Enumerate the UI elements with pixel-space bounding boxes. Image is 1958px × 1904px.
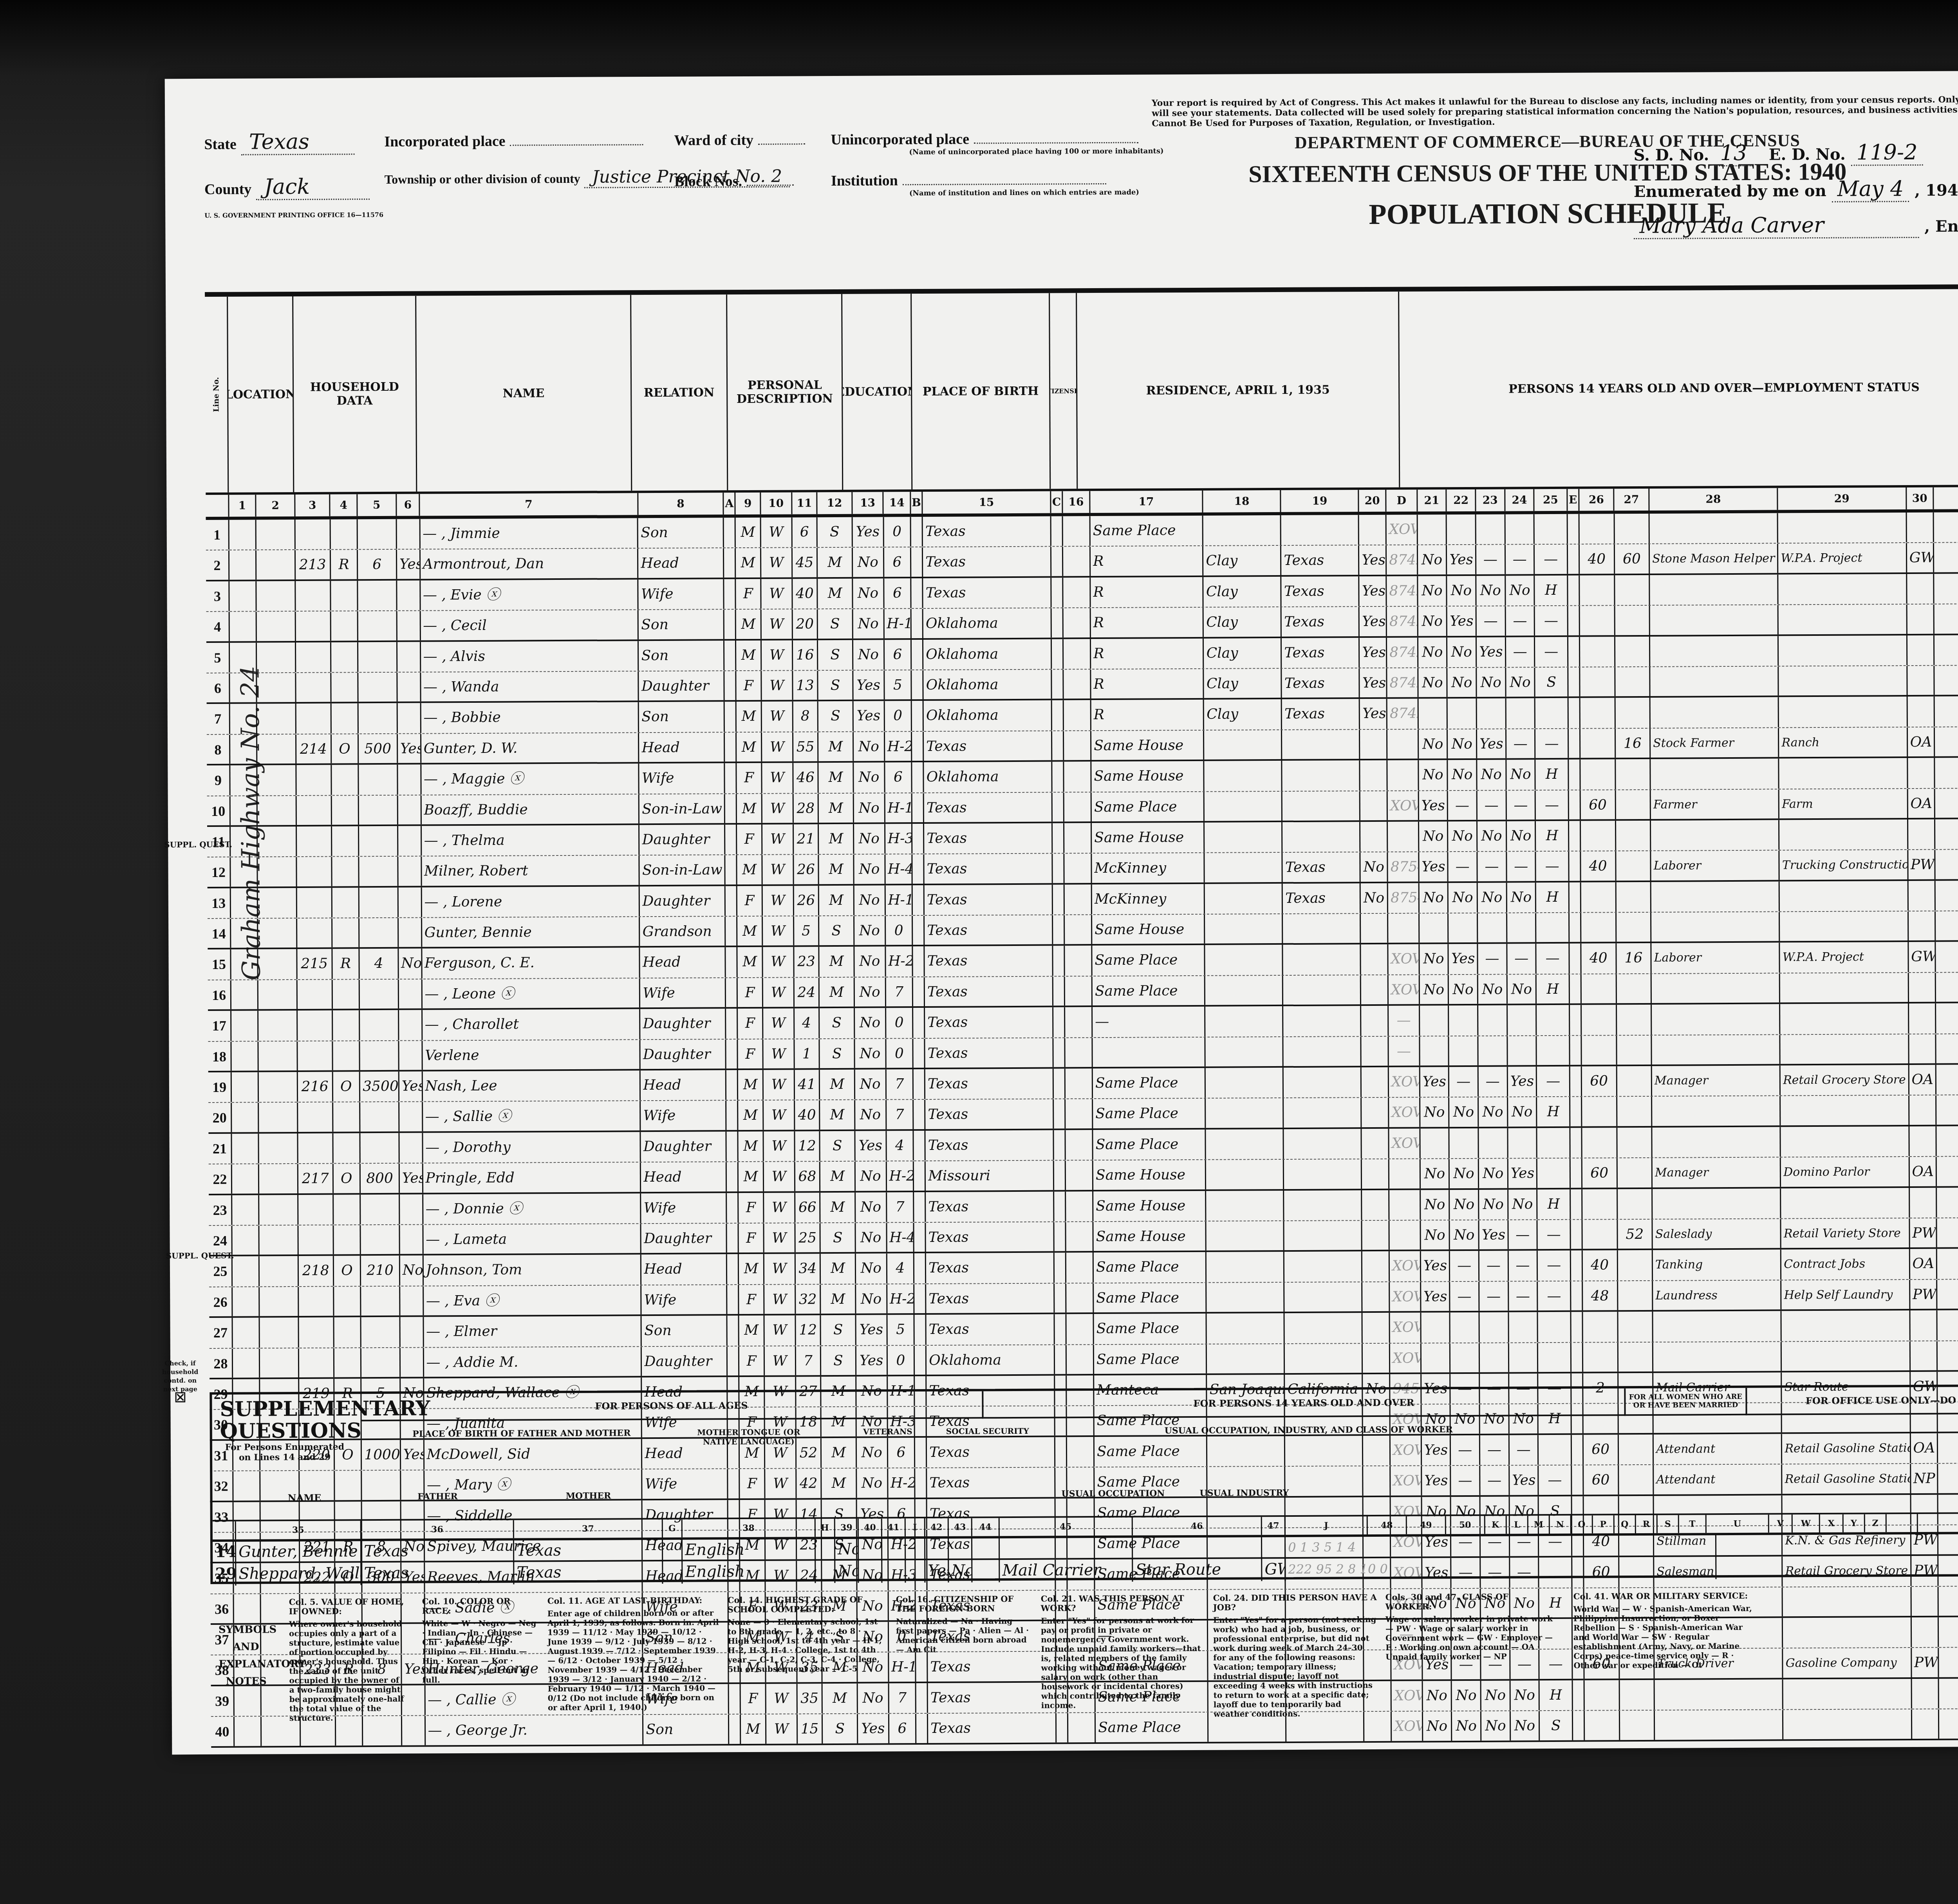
supp-column-number: 35 [236, 1521, 361, 1539]
cell-house [257, 642, 296, 673]
cell-res-state: Texas [1281, 546, 1359, 575]
cell-res-farm [1362, 1067, 1389, 1097]
cell-c22: — [1450, 1251, 1479, 1281]
cell-ind: W.P.A. Project [1780, 942, 1909, 973]
cell-res-city: Same Place [1091, 516, 1204, 546]
cell-c26 [1580, 729, 1616, 758]
cell-sex: F [737, 671, 762, 700]
cell-cit [1064, 792, 1092, 822]
cell-street [233, 1256, 260, 1287]
cell-res-city: McKinney [1092, 884, 1205, 915]
supp-column-number [1887, 1514, 1918, 1532]
cell-c24: No [1506, 576, 1535, 606]
cell-code-d: 8742 [1387, 637, 1418, 668]
cell-rel: Head [639, 733, 725, 762]
cell-sex: F [738, 1009, 763, 1039]
cell-tenure [331, 704, 359, 734]
cell-c21: No [1418, 545, 1447, 575]
cell-c21 [1420, 1036, 1449, 1066]
cell-sex: M [739, 1132, 764, 1162]
cell-farm [401, 1348, 424, 1377]
supp-column-number: V [1769, 1514, 1793, 1532]
cell-codeE [1573, 1711, 1585, 1740]
cell-codeB [914, 1039, 925, 1068]
cell-c25 [1538, 1343, 1571, 1372]
cell-ind [1782, 1341, 1911, 1371]
cell-codeB [913, 916, 925, 945]
cell-grade: 0 [886, 1008, 914, 1038]
cell-c25: H [1536, 821, 1569, 851]
cell-tenure [334, 1195, 361, 1225]
supp-cell-blank [972, 1537, 1000, 1560]
cell-c25 [1536, 913, 1570, 942]
cell-ln: 1 [206, 520, 229, 550]
cell-c26 [1582, 1220, 1618, 1249]
column-number: 25 [1535, 489, 1568, 511]
cell-res-city: — [1093, 1007, 1206, 1037]
supp-column-number: 45 [1000, 1518, 1133, 1536]
cell-street [232, 1103, 259, 1132]
cell-ind: Trucking Construction Co. [1780, 850, 1909, 880]
cell-c21 [1420, 1128, 1450, 1159]
cell-c24: — [1506, 637, 1535, 667]
cell-sex: F [736, 579, 762, 609]
cell-c27 [1618, 1312, 1653, 1342]
cell-ind [1780, 881, 1909, 911]
cell-codeA [726, 978, 738, 1007]
cell-codeC [1054, 1191, 1066, 1222]
cell-code-d: XOV3 [1390, 1282, 1421, 1311]
cell-street [232, 1225, 260, 1255]
supp-column-number: 47 [1262, 1517, 1286, 1535]
cell-value [358, 611, 397, 641]
cell-hh: 213 [296, 550, 331, 579]
cell-hh: 215 [297, 949, 332, 979]
cell-codeA [728, 1346, 739, 1376]
cell-tenure [333, 1011, 360, 1041]
cell-cit [1064, 823, 1092, 853]
cell-rel: Son [643, 1715, 729, 1744]
cell-tenure [332, 888, 359, 918]
cell-cit [1064, 762, 1092, 792]
cell-c22 [1449, 1005, 1478, 1036]
cell-grade: H-1 [885, 793, 912, 823]
cell-ln: 22 [209, 1164, 232, 1194]
cell-code-d: — [1389, 1006, 1420, 1036]
cell-res-state [1282, 822, 1360, 852]
cell-tenure [332, 826, 359, 856]
cell-res-city: R [1091, 546, 1204, 576]
cell-codeF [1937, 1157, 1958, 1186]
cell-c22: No [1449, 1097, 1479, 1127]
cell-occ [1651, 912, 1780, 942]
note-body: Where owner's household occupies only a … [289, 1619, 407, 1723]
cell-c22: No [1448, 729, 1477, 759]
cell-ms: S [821, 1223, 856, 1252]
cell-c27: 16 [1615, 729, 1651, 758]
cell-c25: H [1538, 1189, 1571, 1219]
cell-age: 26 [794, 886, 819, 916]
cell-value [359, 888, 399, 918]
cell-hh [298, 1195, 334, 1225]
cell-cit [1064, 578, 1091, 608]
cell-c26: 60 [1582, 1158, 1618, 1188]
cell-race: W [763, 1039, 795, 1068]
cell-race: W [762, 671, 793, 700]
cell-c23: No [1478, 975, 1508, 1004]
cell-cow [1909, 1126, 1937, 1157]
cell-cow: OA [1908, 789, 1935, 818]
cell-codeA [725, 733, 737, 762]
cell-cit [1068, 1713, 1096, 1742]
cell-occ: Laborer [1651, 943, 1780, 973]
cell-ln: 25 [209, 1256, 233, 1287]
cell-ln: 10 [207, 796, 231, 825]
cell-grade: H-1 [885, 885, 913, 915]
cell-house [258, 888, 297, 918]
cell-name: Gunter, Bennie [422, 917, 640, 947]
group-household: HOUSEHOLD DATA [293, 296, 417, 492]
cell-c25 [1537, 1036, 1570, 1065]
cell-street [231, 919, 258, 948]
ward-field: Ward of city [674, 131, 805, 149]
county-field: County Jack [204, 174, 370, 200]
cell-occ: Stone Mason Helper [1650, 544, 1779, 574]
cell-c26 [1582, 1128, 1617, 1158]
supp-cell-blank [972, 1559, 1000, 1582]
cell-race: W [762, 824, 794, 854]
cell-cow: OA [1910, 1249, 1937, 1279]
cell-name: Pringle, Edd [423, 1162, 641, 1193]
cell-res-farm: No [1361, 852, 1388, 882]
cell-c24: Yes [1508, 1067, 1537, 1097]
cell-c27 [1616, 851, 1651, 881]
cell-codeF [1935, 573, 1958, 603]
cell-c21 [1418, 514, 1447, 545]
cell-codeC [1052, 639, 1064, 669]
supp-cell-office: 0 1 3 5 1 4 [1286, 1534, 1716, 1559]
note-body: Naturalized — Na · Having first papers —… [896, 1616, 1029, 1654]
cell-street [229, 581, 257, 611]
cell-codeE [1571, 1159, 1582, 1188]
cell-house [258, 857, 297, 886]
cell-c21: No [1421, 1190, 1450, 1220]
cell-age: 13 [793, 671, 818, 700]
cell-res-city: McKinney [1092, 853, 1205, 883]
column-number: 23 [1476, 489, 1505, 511]
cell-codeC [1052, 731, 1064, 760]
cell-c21: No [1419, 729, 1448, 759]
cell-cow [1910, 1188, 1937, 1218]
cell-name: — , Donnie ⓧ [423, 1193, 641, 1224]
cell-tenure [333, 1041, 360, 1070]
cell-c24: — [1509, 1251, 1538, 1281]
cell-value [361, 1317, 401, 1347]
cell-birth: Texas [925, 915, 1053, 945]
cell-tenure [331, 581, 358, 611]
cell-c24 [1509, 1312, 1538, 1342]
cell-house [259, 1133, 298, 1164]
supp-cell-veteran: No [835, 1559, 859, 1583]
cell-code-d [1390, 1220, 1421, 1250]
cell-c26 [1580, 698, 1616, 728]
cell-codeA [729, 1715, 741, 1744]
cell-rel: Daughter [641, 1040, 726, 1069]
cell-value [360, 980, 399, 1009]
cell-codeA [726, 1040, 738, 1069]
cell-grade: 4 [887, 1131, 914, 1161]
cell-school: Yes [858, 1714, 889, 1743]
cell-ind [1780, 911, 1909, 941]
cell-c25 [1537, 1159, 1571, 1188]
cell-codeC [1053, 823, 1064, 853]
cell-ln: 8 [207, 735, 230, 764]
cell-codeB [912, 640, 923, 670]
cell-ln: 23 [209, 1195, 232, 1225]
cell-race: W [761, 517, 793, 547]
cell-farm [400, 1286, 424, 1316]
cell-grade: 7 [887, 1100, 914, 1130]
cell-res-state: Texas [1283, 852, 1361, 882]
cell-occ [1650, 636, 1779, 666]
cell-occ [1655, 1710, 1784, 1740]
cell-res-farm [1359, 515, 1387, 545]
cell-c26 [1585, 1711, 1620, 1740]
cell-code-d [1388, 821, 1419, 852]
group-residence: RESIDENCE, APRIL 1, 1935 [1077, 292, 1400, 489]
cell-c21 [1420, 913, 1449, 943]
note-body: World War — W · Spanish-American War, Ph… [1573, 1604, 1762, 1670]
cell-c23: Yes [1477, 729, 1506, 758]
cell-codeB [913, 1008, 925, 1038]
cell-race: W [762, 702, 793, 732]
cell-codeB [914, 1131, 926, 1161]
cell-c25: — [1538, 1281, 1571, 1311]
cell-codeB [914, 1161, 926, 1191]
supp-column-number: 38 [683, 1519, 816, 1537]
cell-age: 23 [794, 947, 820, 977]
cell-res-city: Same House [1093, 1222, 1207, 1251]
cell-cit [1067, 1314, 1094, 1344]
cell-rel: Son-in-Law [640, 855, 726, 884]
cell-occ [1651, 697, 1779, 728]
cell-grade: H-2 [887, 1161, 914, 1191]
supp-column-number: O [1571, 1516, 1593, 1534]
cell-street [229, 520, 256, 550]
cell-c22 [1450, 1312, 1480, 1343]
county-value: Jack [256, 174, 370, 200]
cell-res-farm [1360, 730, 1387, 759]
cell-rel: Grandson [640, 917, 726, 946]
cell-code-d: 8742 [1387, 607, 1418, 636]
cell-c24 [1508, 1005, 1537, 1035]
cell-cow [1909, 1095, 1937, 1125]
cell-house [258, 949, 298, 979]
cell-age: 66 [795, 1193, 821, 1223]
cell-c23 [1478, 913, 1507, 943]
cell-codeC [1053, 915, 1065, 944]
cell-school: No [853, 578, 884, 608]
cell-rel: Head [638, 549, 724, 578]
cell-value [359, 795, 398, 825]
cell-house [257, 673, 296, 702]
cell-c27 [1620, 1711, 1655, 1740]
cell-ind [1779, 697, 1908, 727]
cell-birth: Missouri [926, 1161, 1055, 1191]
cell-sex: F [738, 978, 763, 1007]
cell-tenure [331, 673, 359, 702]
cell-codeC [1053, 762, 1064, 792]
cell-race: W [764, 1223, 795, 1252]
supp-column-number [213, 1521, 236, 1539]
note-body: White — W · Negro — Neg · Indian — In · … [422, 1618, 540, 1684]
supp-cell-ss-number [925, 1537, 949, 1561]
cell-house [258, 827, 297, 857]
supp-cell-blank [859, 1559, 882, 1583]
supp-column-number: 44 [972, 1518, 1000, 1536]
cell-codeC [1052, 578, 1064, 608]
cell-race: W [763, 947, 794, 977]
column-number: 12 [818, 492, 853, 514]
cell-grade: H-4 [887, 1223, 914, 1252]
cell-c27 [1615, 575, 1650, 605]
cell-c23: No [1479, 1159, 1508, 1188]
cell-res-state [1284, 1129, 1362, 1159]
cell-c27 [1617, 1158, 1653, 1188]
cell-birth: Oklahoma [924, 700, 1053, 731]
cell-sex: M [737, 855, 763, 884]
cell-codeC [1053, 884, 1065, 915]
cell-codeE [1571, 1189, 1582, 1219]
cell-c26: 60 [1581, 790, 1616, 819]
column-number: 18 [1203, 490, 1281, 513]
note-title: Col. 11. AGE AT LAST BIRTHDAY: [547, 1595, 720, 1606]
cell-ind: Domino Parlor [1781, 1157, 1910, 1187]
column-number: 4 [331, 494, 358, 516]
cell-race: W [764, 1254, 796, 1284]
cell-cow: PW [1910, 1218, 1937, 1248]
supp-cell-blank [663, 1538, 683, 1562]
cell-cit [1066, 1222, 1094, 1251]
cell-codeC [1052, 608, 1064, 638]
cell-c26 [1580, 759, 1616, 789]
cell-farm: Yes [399, 1072, 423, 1102]
cell-codeB [915, 1346, 927, 1375]
institution-field: Institution (Name of institution and lin… [831, 171, 1139, 198]
cell-c25: — [1535, 606, 1568, 635]
cell-code-d: 8742 [1387, 545, 1418, 575]
cell-ms: S [818, 701, 854, 731]
cell-school: Yes [853, 670, 885, 700]
cell-c24 [1508, 1128, 1537, 1158]
cell-value [359, 765, 398, 795]
cell-tenure: R [332, 949, 360, 979]
cell-c21: Yes [1421, 1251, 1450, 1281]
cell-occ [1653, 1342, 1782, 1372]
cell-res-state [1283, 975, 1361, 1005]
cell-rel: Son [639, 641, 724, 671]
cell-code-d: 8742 [1387, 576, 1418, 606]
supp-cell-name: Sheppard, Wallace [236, 1561, 361, 1585]
cell-c23 [1478, 1005, 1508, 1036]
column-number: 21 [1418, 489, 1447, 511]
cell-c24: — [1507, 852, 1536, 881]
cell-grade: 6 [884, 548, 911, 577]
cell-c27: 16 [1617, 943, 1652, 973]
column-number: 19 [1281, 490, 1359, 512]
cell-res-city: Same Place [1093, 1130, 1206, 1160]
cell-sex: F [739, 1346, 765, 1375]
cell-c26 [1580, 575, 1615, 605]
cell-farm [399, 979, 422, 1009]
continued-checkbox[interactable]: ☒ [159, 1393, 202, 1402]
cell-res-state [1284, 1098, 1362, 1128]
supp-cell-ss-deduct [949, 1537, 972, 1560]
cell-occ [1653, 1188, 1781, 1219]
cell-code-d: 8742 [1387, 668, 1418, 697]
cell-tenure: O [333, 1072, 360, 1102]
cell-c26: 40 [1580, 545, 1615, 574]
cell-c22: No [1450, 1220, 1479, 1250]
cell-name: Boazff, Buddie [421, 794, 639, 825]
cell-c23 [1479, 1128, 1508, 1158]
cell-farm [398, 826, 422, 856]
cell-res-state: Texas [1282, 638, 1360, 668]
cell-birth: Texas [926, 1130, 1055, 1160]
cell-codeA [724, 518, 736, 548]
cell-tenure [331, 611, 358, 641]
cell-age: 4 [795, 1008, 820, 1038]
cell-c22: No [1450, 1159, 1479, 1188]
cell-res-state: Texas [1282, 576, 1360, 606]
cell-c24: — [1508, 1220, 1538, 1249]
cell-c23 [1480, 1312, 1509, 1343]
cell-value [359, 918, 399, 947]
cell-c21 [1420, 1005, 1449, 1036]
cell-rel: Son [639, 610, 724, 639]
cell-sex: M [741, 1715, 766, 1744]
cell-c24: No [1507, 821, 1536, 851]
cell-hh [298, 1133, 333, 1163]
cell-res-county [1207, 1252, 1284, 1282]
cell-name: Johnson, Tom [423, 1255, 641, 1286]
cell-farm: No [400, 1256, 424, 1286]
supp-column-number: N [1550, 1516, 1571, 1534]
cell-codeA [728, 1316, 739, 1346]
cell-c27 [1617, 1005, 1652, 1035]
supp-column-number: W [1793, 1514, 1820, 1532]
cell-c24: — [1506, 729, 1536, 758]
cell-birth: Texas [925, 1099, 1054, 1129]
cell-sex: M [737, 794, 762, 823]
cell-school: No [855, 1008, 886, 1038]
cell-res-county [1206, 1129, 1284, 1159]
cell-code-d: XOV3 [1389, 1098, 1420, 1127]
cell-c26 [1581, 882, 1617, 912]
state-field: State Texas [204, 129, 355, 155]
cell-codeE [1568, 637, 1580, 667]
cell-codeA [727, 1285, 739, 1314]
cell-codeC [1051, 516, 1063, 546]
cell-occ [1650, 666, 1779, 696]
cell-codeF [1937, 1187, 1958, 1217]
cell-age: 24 [794, 978, 820, 1007]
cell-cow [1909, 911, 1936, 941]
cell-occ: Manager [1653, 1158, 1781, 1188]
cell-c25: — [1536, 790, 1569, 819]
cell-occ [1651, 759, 1779, 789]
cell-ln: 5 [206, 642, 230, 673]
